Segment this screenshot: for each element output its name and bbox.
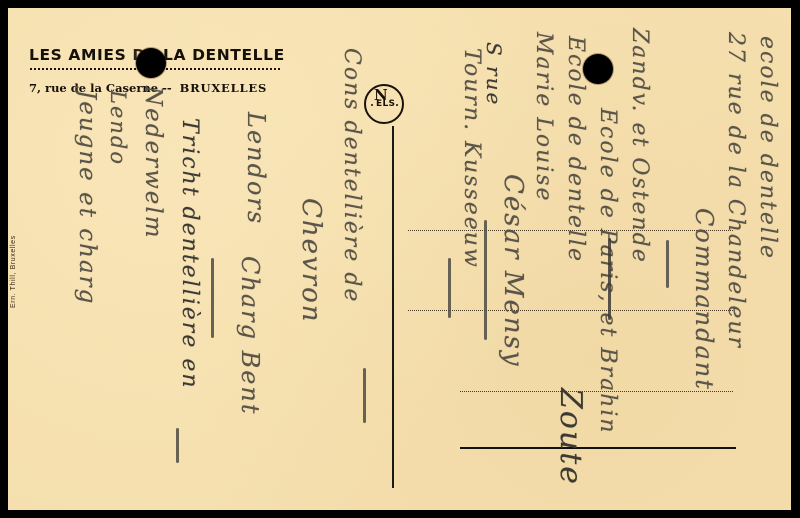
- handwriting-line: S rue: [482, 42, 506, 106]
- postcard: LES AMIES DE LA DENTELLE 7, rue de la Ca…: [8, 8, 791, 510]
- handwriting-line: Tourn. Kusseeuw: [459, 48, 484, 269]
- handwriting-stroke: [484, 220, 487, 340]
- nels-logo: N ELS: [364, 84, 404, 124]
- address-city: BRUXELLES: [180, 81, 267, 95]
- address-line-2: [408, 310, 733, 311]
- handwriting-stroke: [448, 258, 451, 318]
- logo-dot-left: [371, 104, 373, 106]
- handwriting-stroke: [211, 258, 214, 338]
- handwriting-line: Tricht dentellière en: [177, 118, 202, 390]
- handwriting-stroke: [176, 428, 179, 463]
- handwriting-stroke: [666, 240, 669, 288]
- address-line-4: [460, 447, 736, 449]
- handwriting-line: Marie Louise: [531, 32, 556, 203]
- handwriting-line: ecole de dentelle: [755, 36, 780, 260]
- handwriting-line: Zandv. et Ostende: [627, 28, 652, 264]
- handwriting-line: Chevron: [296, 198, 326, 324]
- header-title-left: LES AMIES: [29, 46, 132, 64]
- handwriting-line: Cons dentellière de: [339, 48, 364, 303]
- logo-dot-right: [396, 104, 398, 106]
- handwriting-line: Jeugne et charg: [74, 90, 100, 305]
- handwriting-line: Charg Bent: [236, 256, 264, 416]
- publisher-credit: Ern. Thill, Bruxelles: [10, 168, 17, 308]
- handwriting-line: César Mensy: [498, 174, 528, 368]
- handwriting-line: Nederwelm: [140, 86, 166, 240]
- handwriting-line: Commandant: [690, 208, 718, 391]
- handwriting-stroke: [363, 368, 366, 423]
- logo-text-els: ELS: [376, 100, 395, 109]
- header-title-right: LA DENTELLE: [157, 46, 285, 64]
- handwriting-line: Lendors: [242, 112, 270, 225]
- handwriting-line: Zoute: [553, 388, 588, 486]
- handwriting-line: Lendo: [106, 90, 130, 166]
- handwriting-stroke: [608, 238, 611, 320]
- punch-hole-left: [136, 48, 166, 78]
- handwriting-line: 27 rue de la Chandeleur: [723, 32, 748, 349]
- handwriting-line: Ecole de dentelle: [563, 36, 588, 263]
- center-divider-line: [392, 126, 394, 488]
